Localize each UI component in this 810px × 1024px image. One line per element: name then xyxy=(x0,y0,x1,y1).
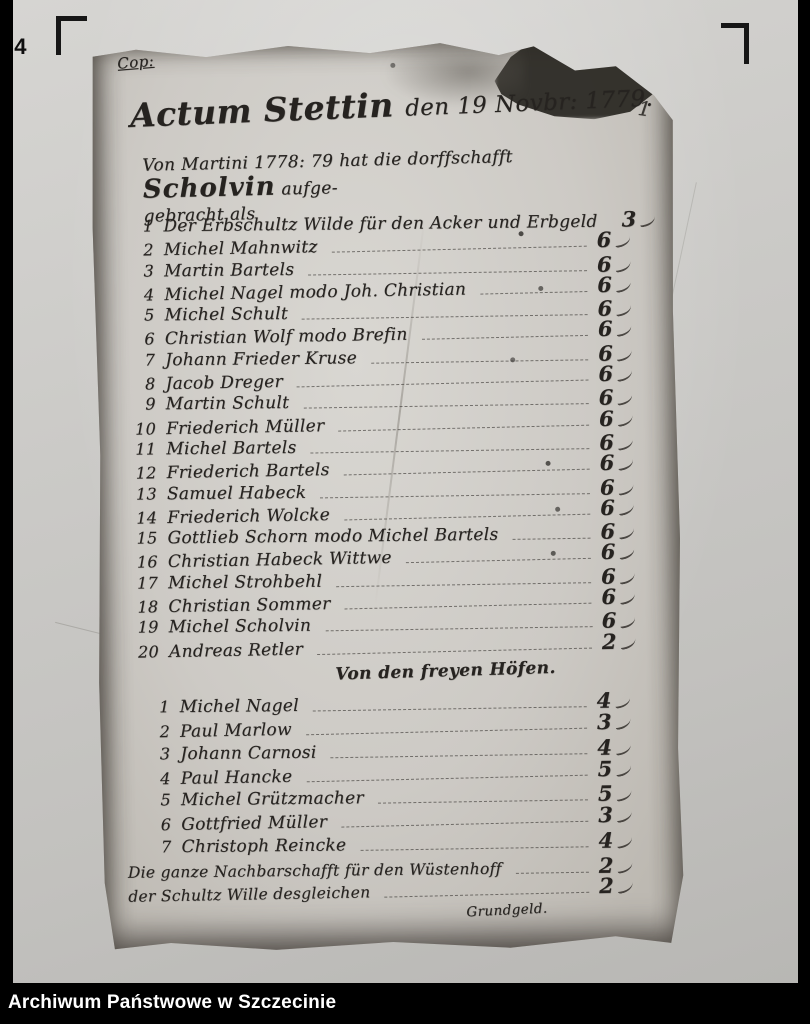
heading-place: Actum Stettin xyxy=(129,85,394,135)
row-name: Christoph Reincke xyxy=(181,835,346,857)
row-amount: 6 xyxy=(597,271,649,297)
row-amount: 6 xyxy=(596,226,648,252)
section-subheading: Von den freyen Höfen. xyxy=(335,658,556,685)
row-number: 5 xyxy=(128,306,154,325)
row-number: 20 xyxy=(133,642,159,661)
row-number: 5 xyxy=(145,790,171,809)
row-amount: 6 xyxy=(600,494,652,520)
row-amount: 3 xyxy=(598,802,650,828)
film-edge-strip xyxy=(0,0,13,983)
row-number: 1 xyxy=(127,216,153,235)
row-amount: 5 xyxy=(597,755,649,781)
row-name: Johann Carnosi xyxy=(180,742,316,763)
row-number: 15 xyxy=(131,529,157,548)
row-number: 3 xyxy=(128,261,154,280)
leader-line xyxy=(384,892,589,898)
row-number: 3 xyxy=(144,744,170,763)
leader-line xyxy=(406,558,591,563)
leader-line xyxy=(317,647,592,654)
free-farms-list: 1 Michel Nagel 4 2 Paul Marlow 3 3 xyxy=(144,687,651,857)
ink-specks xyxy=(89,46,92,49)
closing-lines: Die ganze Nachbarschafft für den Wüstenh… xyxy=(128,852,652,903)
row-name: Andreas Retler xyxy=(169,639,303,661)
row-amount: 6 xyxy=(599,405,651,431)
row-amount: 2 xyxy=(602,628,654,654)
intro-text: Von Martini 1778: 79 hat die dorffschaff… xyxy=(142,147,513,176)
row-number: 7 xyxy=(129,350,155,369)
archive-caption-bar: Archiwum Państwowe w Szczecinie xyxy=(0,983,810,1024)
row-amount: 6 xyxy=(598,360,650,386)
village-name: Scholvin xyxy=(143,172,276,205)
row-number: 7 xyxy=(145,837,171,856)
leader-line xyxy=(480,291,587,295)
archive-caption: Archiwum Państwowe w Szczecinie xyxy=(8,983,336,1023)
closing-amount: 2 xyxy=(599,872,651,898)
row-number: 17 xyxy=(132,573,158,592)
photo-area: Cop: 1 Actum Stettin den 19 Novbr: 1779.… xyxy=(13,0,798,983)
leader-line xyxy=(360,846,588,851)
heading-date: den 19 Novbr: 1779. xyxy=(405,86,654,122)
row-amount: 4 xyxy=(598,827,650,853)
row-amount: 6 xyxy=(601,583,653,609)
row-number: 13 xyxy=(131,484,157,503)
row-number: 9 xyxy=(130,395,156,414)
row-amount: 6 xyxy=(599,449,651,475)
copy-annotation: Cop: xyxy=(117,52,155,73)
row-number: 11 xyxy=(130,439,156,458)
row-number: 19 xyxy=(133,618,159,637)
row-amount: 6 xyxy=(601,539,653,565)
leader-line xyxy=(422,335,588,340)
ledger-row: 7 Christoph Reincke 4 xyxy=(145,827,650,856)
footnote: Grundgeld. xyxy=(466,901,548,921)
crop-corner-top-right-icon xyxy=(744,23,749,64)
closing-text: der Schultz Wille desgleichen xyxy=(128,883,370,905)
document-heading: Actum Stettin den 19 Novbr: 1779. xyxy=(129,76,610,135)
row-amount: 3 xyxy=(597,709,649,735)
leader-line xyxy=(341,821,588,828)
row-number: 1 xyxy=(144,697,170,716)
manuscript-page: Cop: 1 Actum Stettin den 19 Novbr: 1779.… xyxy=(89,38,686,956)
intro-text: aufge- xyxy=(281,178,338,199)
row-amount: 6 xyxy=(598,316,650,342)
village-ledger-list: 1 Der Erbschultz Wilde für den Acker und… xyxy=(127,206,654,659)
crop-corner-top-left-icon xyxy=(56,16,61,55)
row-name: Michel Nagel xyxy=(180,696,299,717)
scan-stage: Cop: 1 Actum Stettin den 19 Novbr: 1779.… xyxy=(0,0,810,1024)
